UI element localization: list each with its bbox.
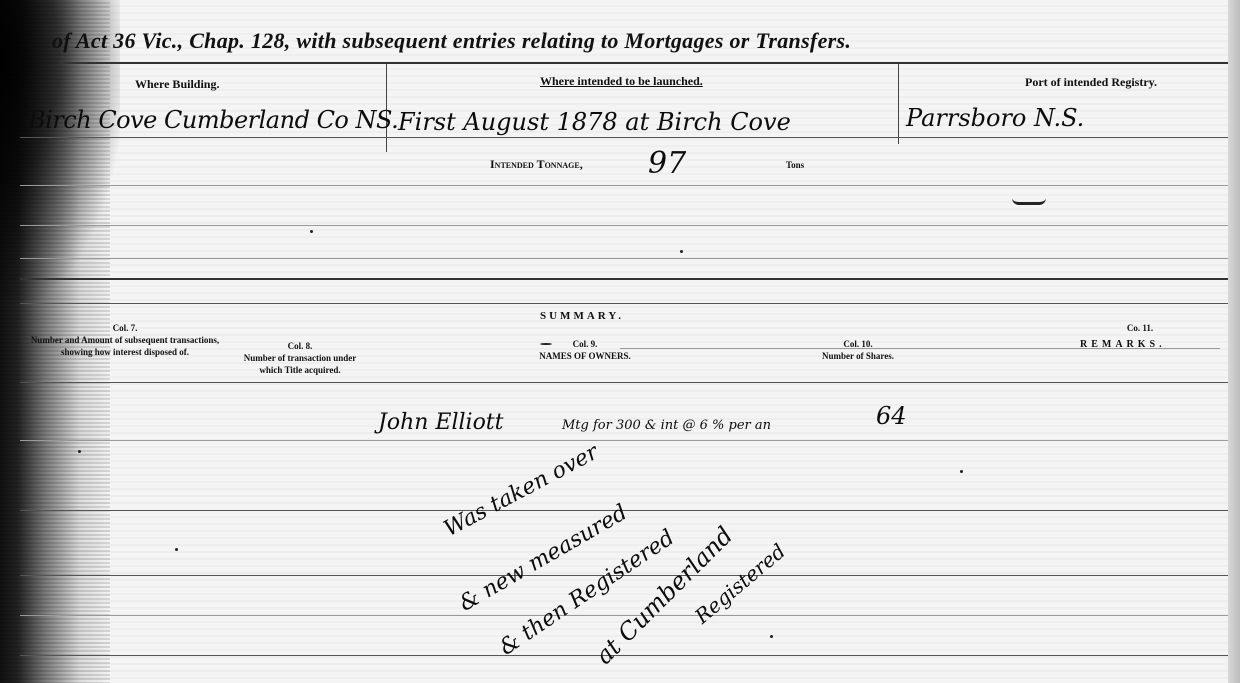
scan-speck <box>310 230 313 233</box>
summary-title: SUMMARY. <box>540 310 624 322</box>
rule-line <box>620 348 1220 349</box>
rule-line <box>20 137 1228 138</box>
scan-speck <box>540 343 552 345</box>
col-7-header: Col. 7. Number and Amount of subsequent … <box>30 322 220 358</box>
header-where-launched: Where intended to be launched. <box>540 74 703 89</box>
scan-speck <box>680 250 683 253</box>
header-where-building: Where Building. <box>135 77 219 92</box>
scan-speck <box>78 450 81 453</box>
owner-note: Mtg for 300 & int @ 6 % per an <box>562 418 771 433</box>
owner-name: John Elliott <box>378 410 504 435</box>
owner-shares: 64 <box>876 402 907 430</box>
tonnage-label: Intended Tonnage, <box>490 157 583 172</box>
rule-line <box>20 382 1228 383</box>
entry-port-registry: Parrsboro N.S. <box>906 104 1084 132</box>
document-page: of Act 36 Vic., Chap. 128, with subseque… <box>0 0 1228 683</box>
col-8-header: Col. 8. Number of transaction under whic… <box>235 340 365 376</box>
rule-line <box>60 62 1228 64</box>
col-9-header: Col. 9. NAMES OF OWNERS. <box>515 338 655 362</box>
rule-line <box>20 278 1228 280</box>
scan-speck <box>175 548 178 551</box>
col-10-header: Col. 10. Number of Shares. <box>818 338 898 362</box>
tonnage-unit: Tons <box>786 160 804 170</box>
scan-speck <box>960 470 963 473</box>
scan-mark <box>1012 198 1046 205</box>
page-edge <box>1228 0 1240 683</box>
entry-where-building: Birch Cove Cumberland Co NS. <box>28 106 398 134</box>
rule-line <box>20 440 1228 441</box>
col-11-number: Co. 11. <box>1110 322 1170 334</box>
form-title: of Act 36 Vic., Chap. 128, with subseque… <box>52 28 851 54</box>
column-divider <box>898 64 899 144</box>
tonnage-value: 97 <box>648 146 686 181</box>
rule-line <box>20 185 1228 186</box>
header-port-registry: Port of intended Registry. <box>1025 75 1157 90</box>
scan-speck <box>770 635 773 638</box>
rule-line <box>20 225 1228 226</box>
entry-where-launched: First August 1878 at Birch Cove <box>398 108 791 136</box>
rule-line <box>20 258 1228 259</box>
rule-line <box>20 303 1228 304</box>
